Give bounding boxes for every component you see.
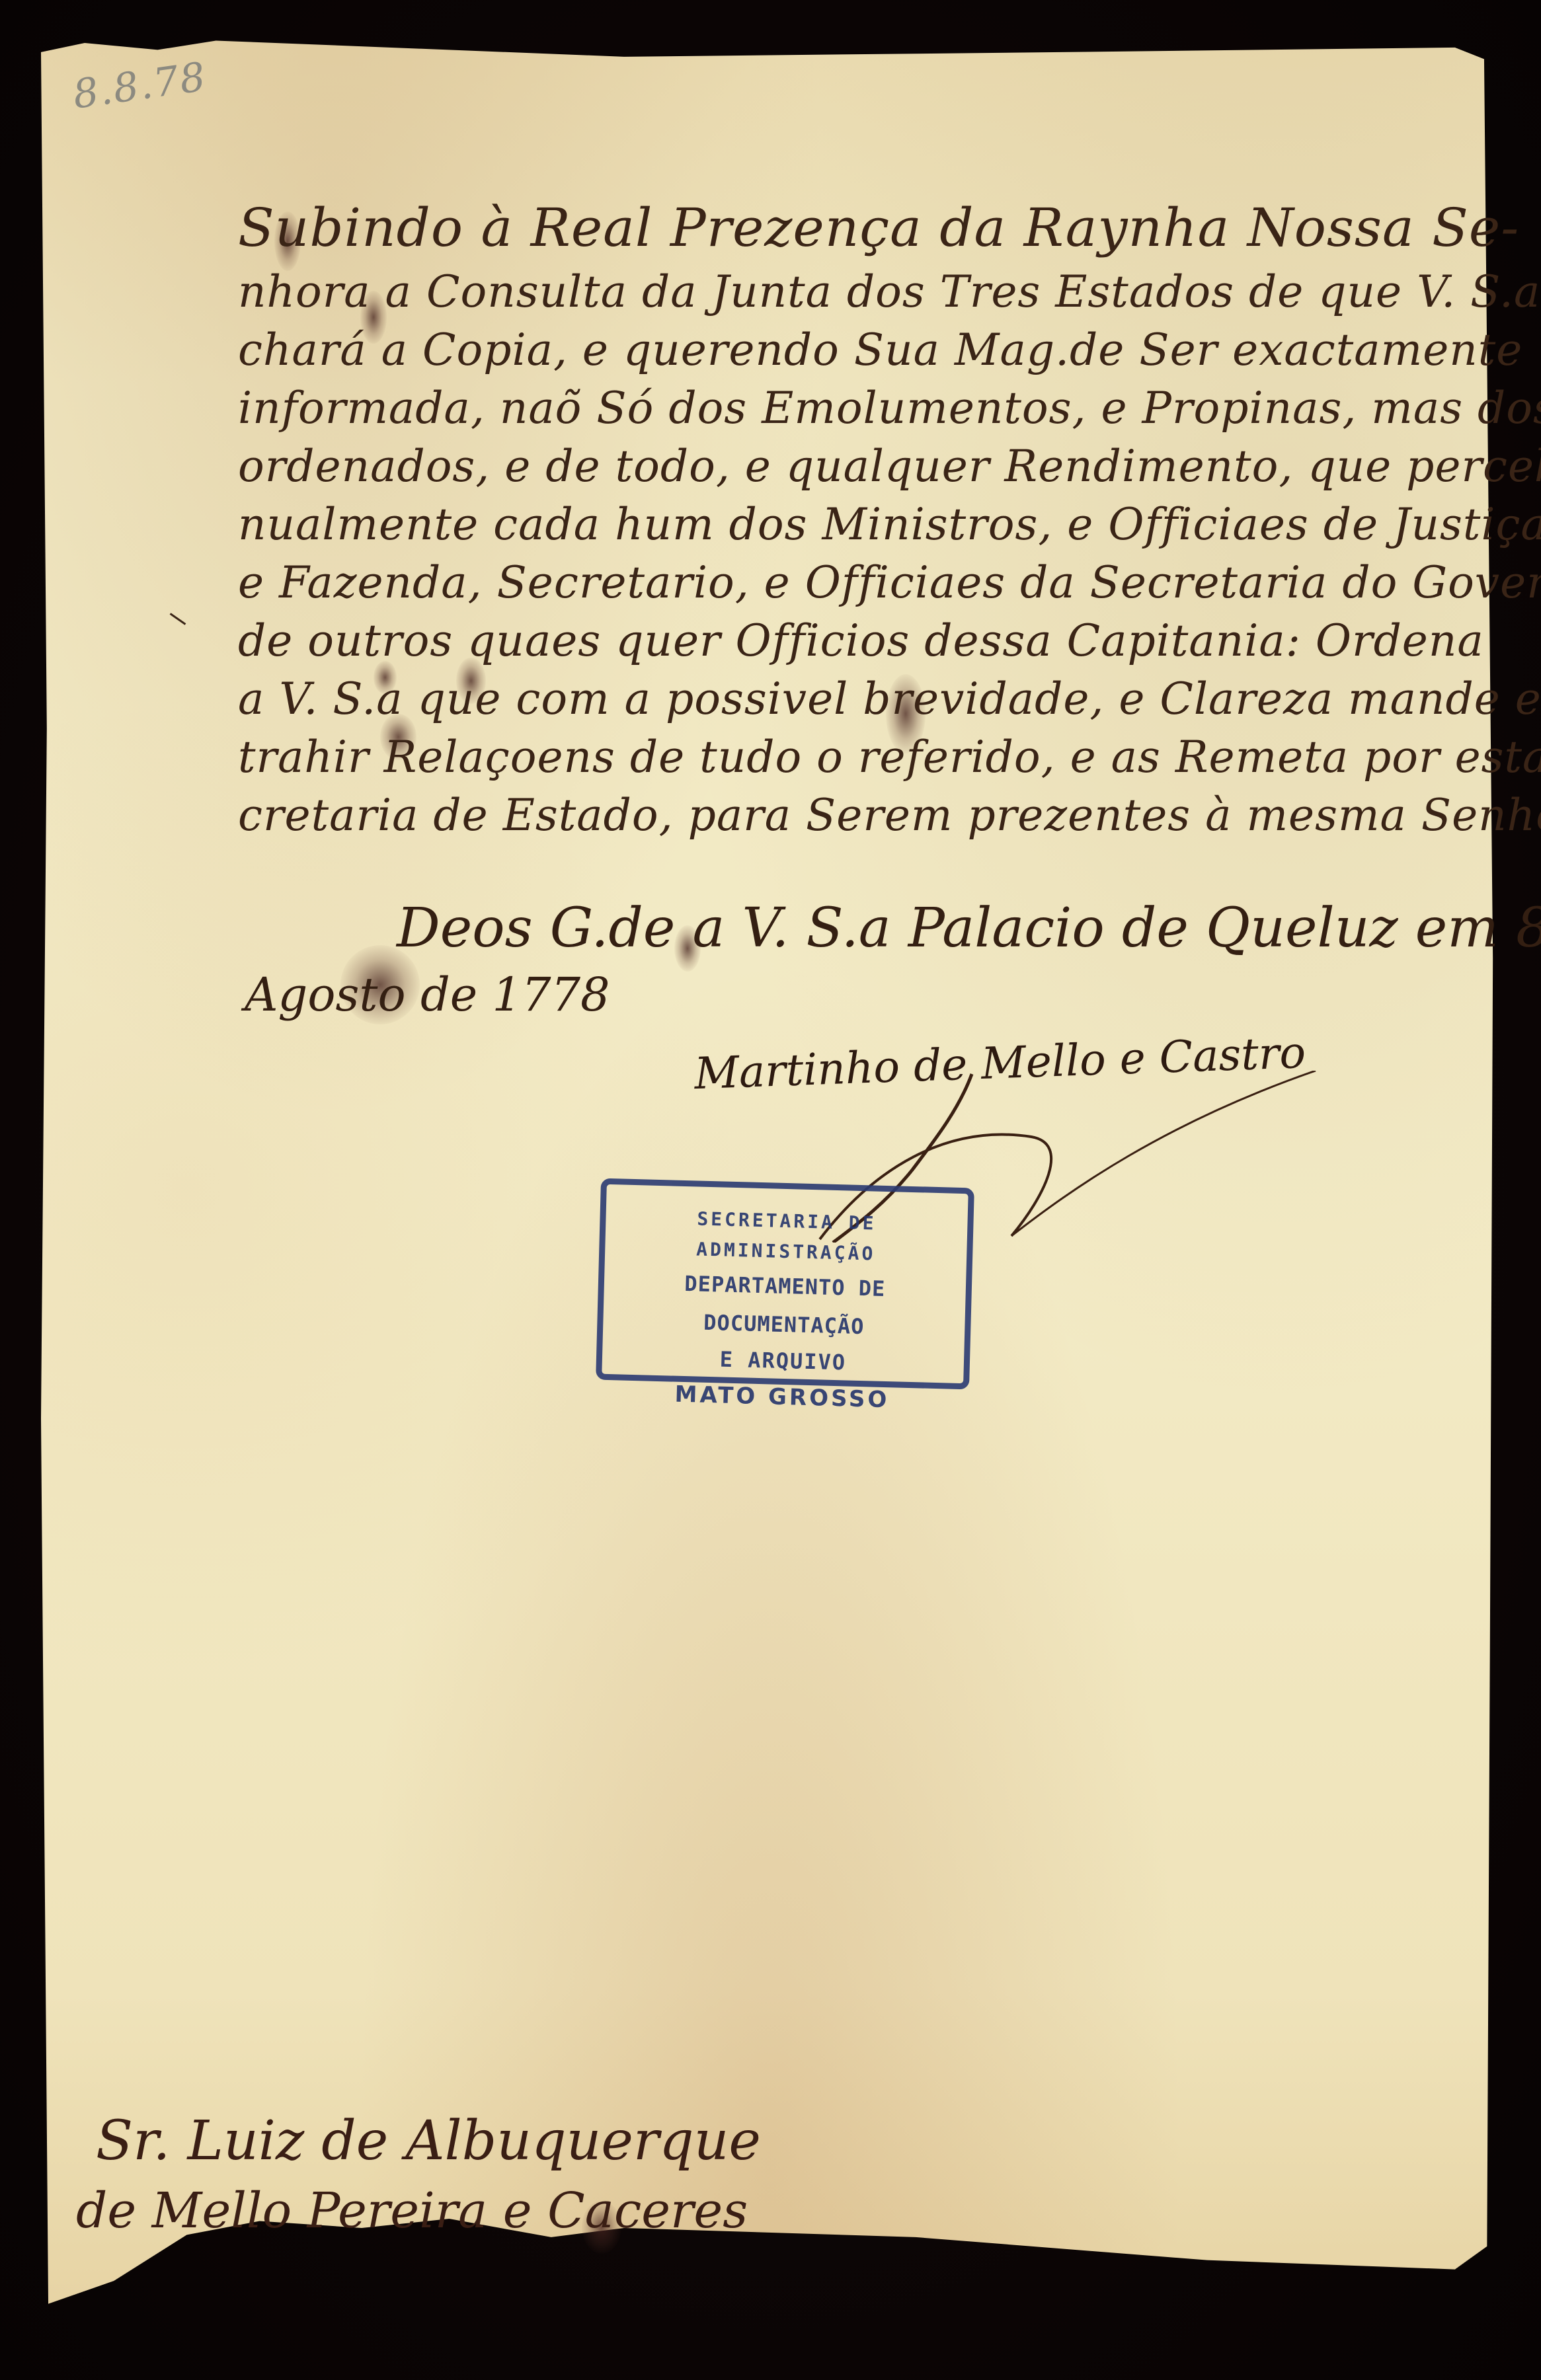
body-line: nhora a Consulta da Junta dos Tres Estad… bbox=[238, 264, 1494, 323]
body-line: chará a Copia, e querendo Sua Mag.de Ser… bbox=[238, 323, 1494, 381]
letter-closing: Deos G.de a V. S.a Palacio de Queluz em … bbox=[245, 892, 1541, 1024]
addressee: Sr. Luiz de Albuquerque de Mello Pereira… bbox=[76, 2105, 761, 2244]
closing-line-1: Deos G.de a V. S.a Palacio de Queluz em … bbox=[245, 892, 1541, 965]
body-line: a V. S.a que com a possivel brevidade, e… bbox=[238, 672, 1494, 730]
closing-date-line: Agosto de 1778 bbox=[245, 965, 1541, 1024]
stamp-line: SECRETARIA DE ADMINISTRAÇÃO bbox=[605, 1202, 968, 1272]
archive-stamp: SECRETARIA DE ADMINISTRAÇÃO DEPARTAMENTO… bbox=[596, 1178, 974, 1390]
addressee-line-1: Sr. Luiz de Albuquerque bbox=[76, 2105, 761, 2178]
addressee-line-2: de Mello Pereira e Caceres bbox=[76, 2178, 761, 2244]
body-line: ordenados, e de todo, e qualquer Rendime… bbox=[238, 439, 1494, 497]
letter-body: Subindo à Real Prezença da Raynha Nossa … bbox=[238, 192, 1494, 846]
body-line: nualmente cada hum dos Ministros, e Offi… bbox=[238, 497, 1494, 555]
body-line: de outros quaes quer Officios dessa Capi… bbox=[238, 613, 1494, 672]
stamp-line: DEPARTAMENTO DE DOCUMENTAÇÃO bbox=[603, 1262, 967, 1348]
body-line: e Fazenda, Secretario, e Officiaes da Se… bbox=[238, 555, 1494, 613]
body-line: informada, naõ Só dos Emolumentos, e Pro… bbox=[238, 381, 1494, 439]
body-line: cretaria de Estado, para Serem prezentes… bbox=[238, 788, 1494, 846]
document-scan: 8.8.78 Subindo à Real Prezença da Raynha… bbox=[0, 0, 1541, 2380]
body-line: trahir Relaçoens de tudo o referido, e a… bbox=[238, 730, 1494, 788]
body-line: Subindo à Real Prezença da Raynha Nossa … bbox=[238, 192, 1494, 264]
